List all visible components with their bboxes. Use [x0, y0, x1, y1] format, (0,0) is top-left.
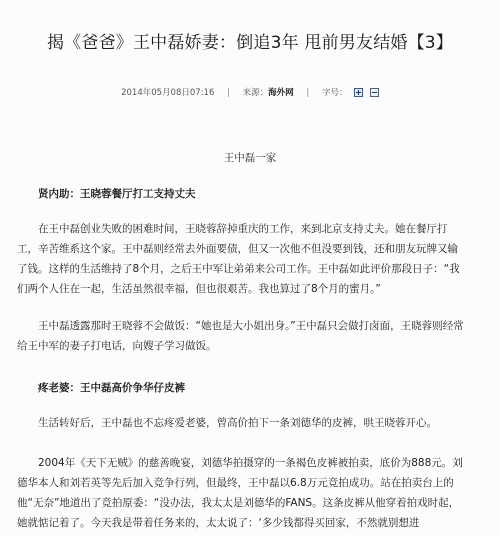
source-name: 海外网 [268, 88, 294, 98]
paragraph-text: 生活转好后，王中磊也不忘疼爱老婆，曾高价拍下一条刘德华的皮裤，哄王晓蓉开心。 [17, 413, 467, 433]
font-increase-button[interactable] [354, 88, 363, 97]
image-caption: 王中磊一家 [0, 150, 500, 166]
article-meta: 2014年05月08日07:16 | 来源：海外网 | 字号： [0, 86, 500, 100]
paragraph-text: 2004年《天下无贼》的慈善晚宴，刘德华拍摄穿的一条褐色皮裤被拍卖，底价为888… [17, 453, 467, 533]
paragraph: 生活转好后，王中磊也不忘疼爱老婆，曾高价拍下一条刘德华的皮裤，哄王晓蓉开心。 [17, 413, 467, 433]
meta-separator: | [306, 88, 309, 98]
section-heading: 贤内助：王晓蓉餐厅打工支持丈夫 [38, 186, 196, 202]
paragraph-text: 在王中磊创业失败的困难时间，王晓蓉辞掉重庆的工作，来到北京支持丈夫。她在餐厅打工… [17, 219, 467, 299]
source-label: 来源： [243, 88, 269, 98]
meta-separator: | [227, 88, 230, 98]
paragraph: 在王中磊创业失败的困难时间，王晓蓉辞掉重庆的工作，来到北京支持丈夫。她在餐厅打工… [17, 219, 467, 299]
section-heading: 疼老婆：王中磊高价争华仔皮裤 [38, 380, 185, 396]
article-title: 揭《爸爸》王中磊娇妻：倒追3年 甩前男友结婚【3】 [0, 31, 500, 55]
font-size-label: 字号： [322, 88, 348, 98]
publish-datetime: 2014年05月08日07:16 [121, 88, 214, 98]
font-decrease-button[interactable] [370, 88, 379, 97]
paragraph-text: 王中磊透露那时王晓蓉不会做饭：“她也是大小姐出身。”王中磊只会做打卤面，王晓蓉则… [17, 316, 467, 356]
paragraph: 2004年《天下无贼》的慈善晚宴，刘德华拍摄穿的一条褐色皮裤被拍卖，底价为888… [17, 453, 467, 533]
paragraph: 王中磊透露那时王晓蓉不会做饭：“她也是大小姐出身。”王中磊只会做打卤面，王晓蓉则… [17, 316, 467, 356]
